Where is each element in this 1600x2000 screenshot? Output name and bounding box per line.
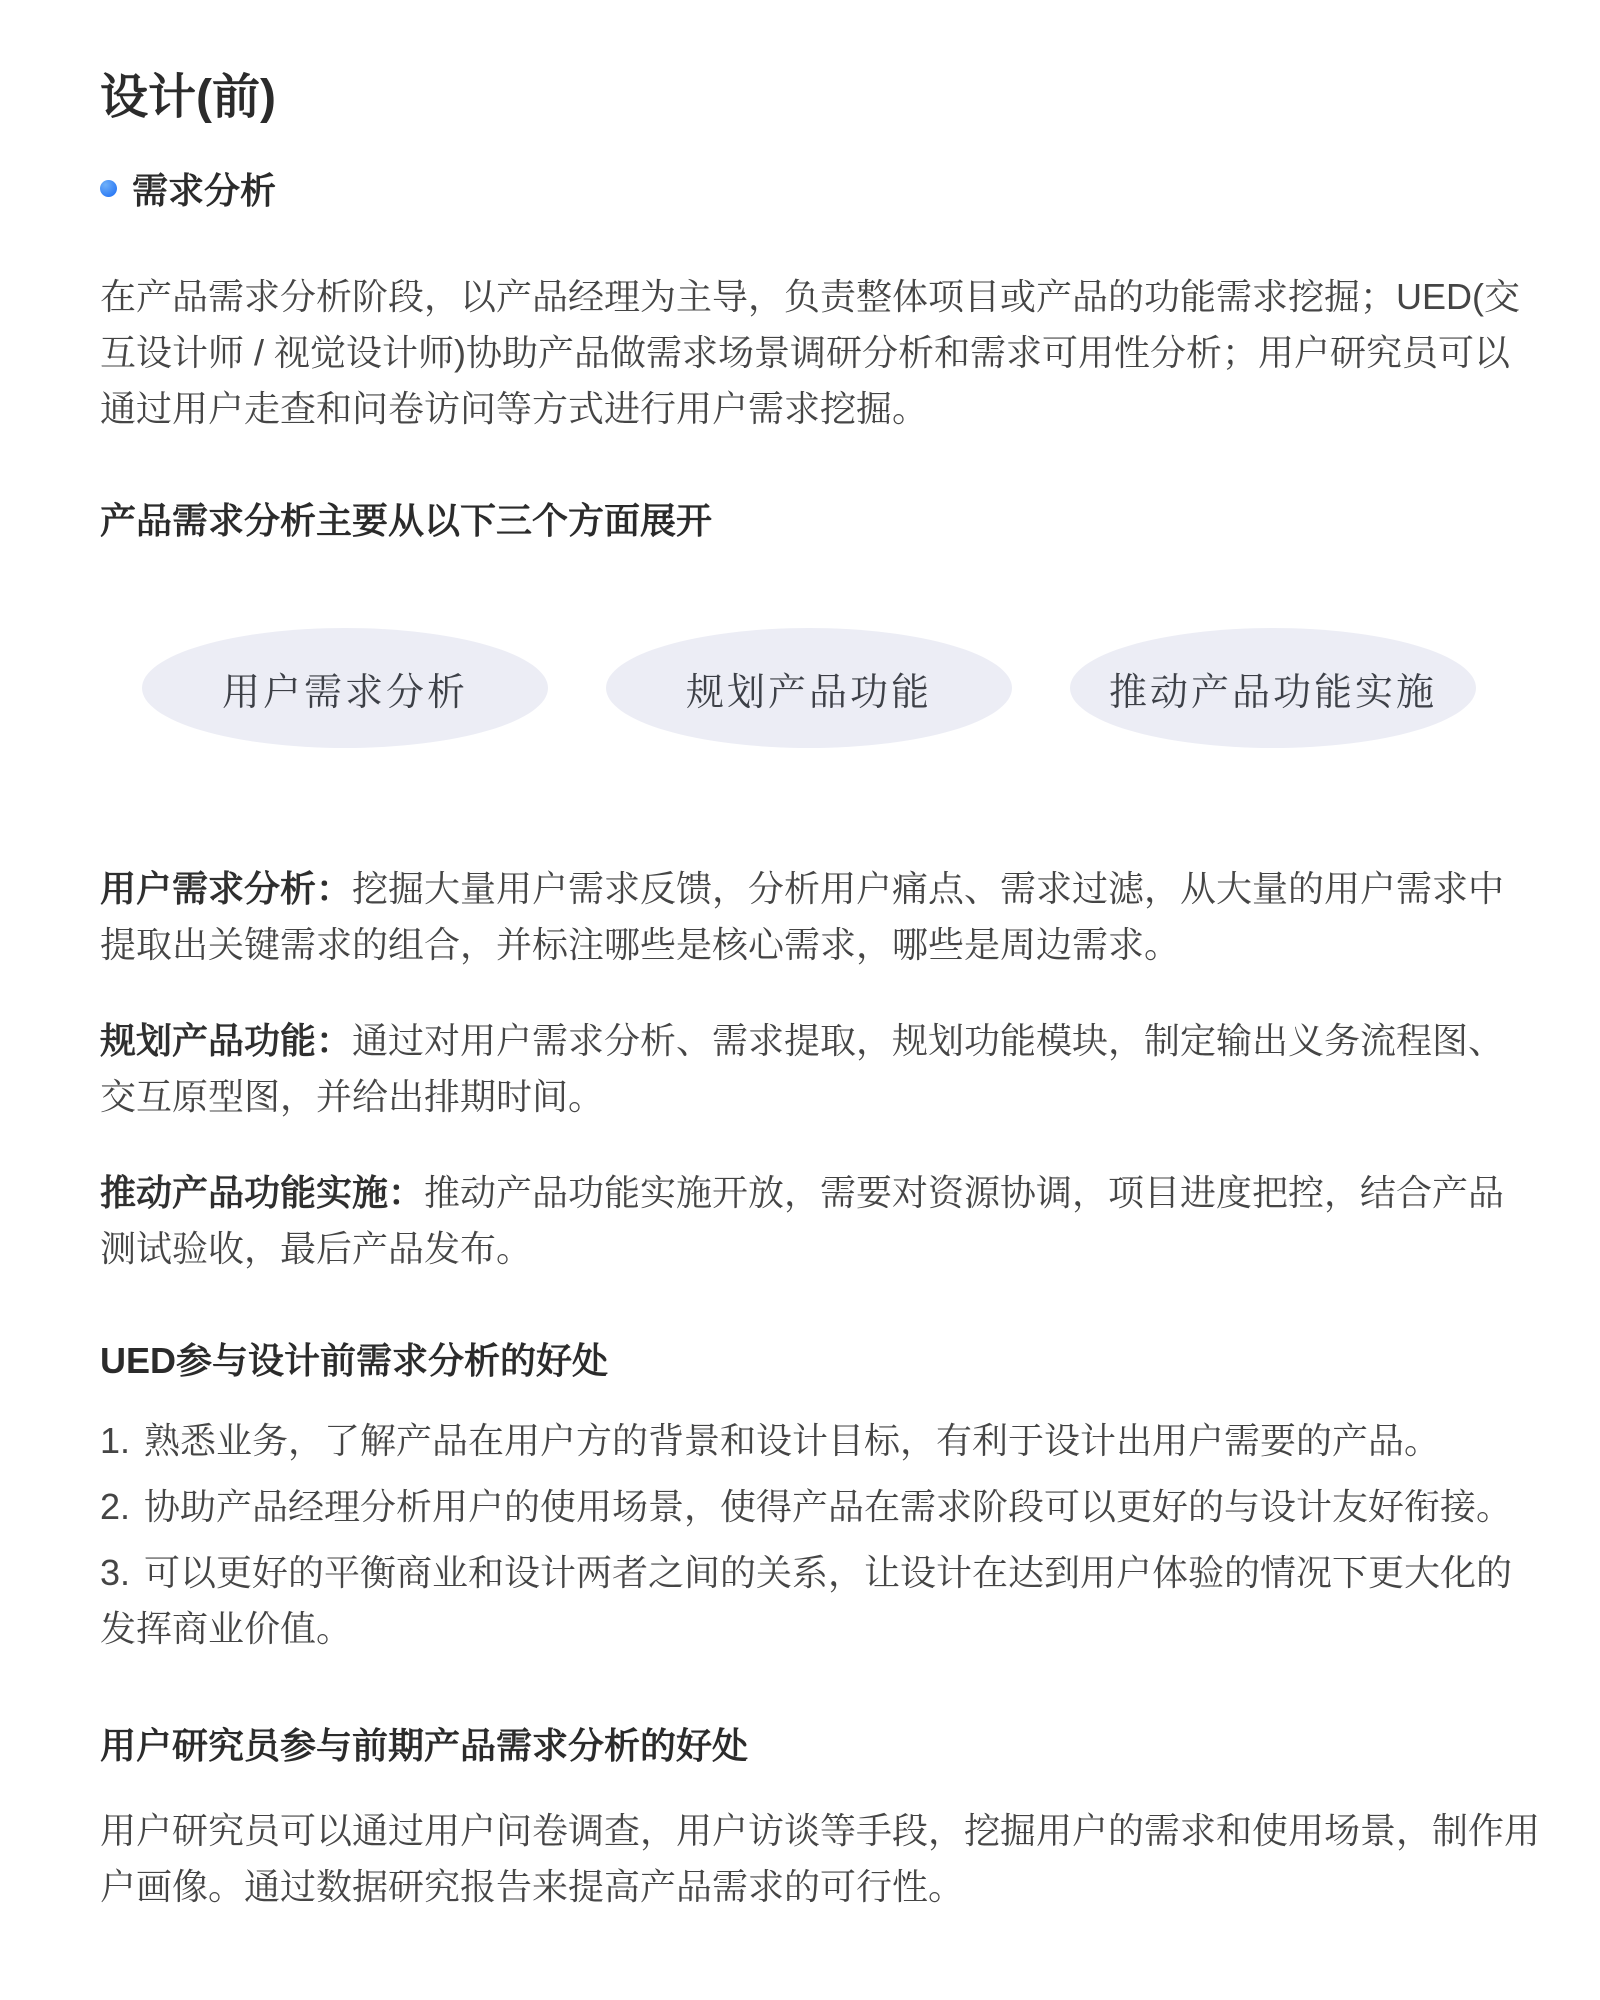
list-number-3: 3. — [100, 1552, 130, 1593]
list-item-1: 1.熟悉业务，了解产品在用户方的背景和设计目标，有利于设计出用户需要的产品。 — [100, 1413, 1540, 1469]
detail-lead-user-requirement: 用户需求分析： — [100, 868, 352, 909]
researcher-benefits-heading: 用户研究员参与前期产品需求分析的好处 — [100, 1726, 1540, 1766]
aspects-heading: 产品需求分析主要从以下三个方面展开 — [100, 501, 1540, 541]
detail-drive-feature-implementation: 推动产品功能实施：推动产品功能实施开放，需要对资源协调，项目进度把控，结合产品测… — [100, 1165, 1540, 1277]
ued-benefits-heading: UED参与设计前需求分析的好处 — [100, 1341, 1540, 1381]
document-page: 设计(前) 需求分析 在产品需求分析阶段，以产品经理为主导，负责整体项目或产品的… — [0, 0, 1600, 2000]
detail-user-requirement-analysis: 用户需求分析：挖掘大量用户需求反馈，分析用户痛点、需求过滤，从大量的用户需求中提… — [100, 861, 1540, 973]
aspect-pills-row: 用户需求分析 规划产品功能 推动产品功能实施 — [142, 628, 1540, 748]
researcher-benefits-paragraph: 用户研究员可以通过用户问卷调查，用户访谈等手段，挖掘用户的需求和使用场景，制作用… — [100, 1803, 1540, 1915]
page-title: 设计(前) — [100, 70, 1540, 126]
aspect-pill-drive-feature-implementation: 推动产品功能实施 — [1070, 628, 1476, 748]
intro-paragraph: 在产品需求分析阶段，以产品经理为主导，负责整体项目或产品的功能需求挖掘；UED(… — [100, 269, 1540, 437]
list-number-1: 1. — [100, 1420, 130, 1461]
aspect-detail-paragraphs: 用户需求分析：挖掘大量用户需求反馈，分析用户痛点、需求过滤，从大量的用户需求中提… — [100, 861, 1540, 1277]
list-text-1: 熟悉业务，了解产品在用户方的背景和设计目标，有利于设计出用户需要的产品。 — [144, 1420, 1440, 1461]
list-item-3: 3.可以更好的平衡商业和设计两者之间的关系，让设计在达到用户体验的情况下更大化的… — [100, 1545, 1540, 1657]
list-number-2: 2. — [100, 1486, 130, 1527]
list-text-2: 协助产品经理分析用户的使用场景，使得产品在需求阶段可以更好的与设计友好衔接。 — [144, 1486, 1512, 1527]
detail-plan-product-features: 规划产品功能：通过对用户需求分析、需求提取，规划功能模块，制定输出义务流程图、交… — [100, 1013, 1540, 1125]
aspect-pill-plan-product-features: 规划产品功能 — [606, 628, 1012, 748]
blue-bullet-dot-icon — [100, 180, 117, 197]
detail-lead-plan-features: 规划产品功能： — [100, 1020, 352, 1061]
ued-benefits-list: 1.熟悉业务，了解产品在用户方的背景和设计目标，有利于设计出用户需要的产品。 2… — [100, 1413, 1540, 1657]
list-text-3: 可以更好的平衡商业和设计两者之间的关系，让设计在达到用户体验的情况下更大化的发挥… — [100, 1552, 1512, 1649]
requirement-analysis-bullet-row: 需求分析 — [100, 168, 1540, 208]
detail-lead-drive-implementation: 推动产品功能实施： — [100, 1172, 424, 1213]
requirement-analysis-heading: 需求分析 — [132, 163, 276, 214]
list-item-2: 2.协助产品经理分析用户的使用场景，使得产品在需求阶段可以更好的与设计友好衔接。 — [100, 1479, 1540, 1535]
aspect-pill-user-requirement-analysis: 用户需求分析 — [142, 628, 548, 748]
